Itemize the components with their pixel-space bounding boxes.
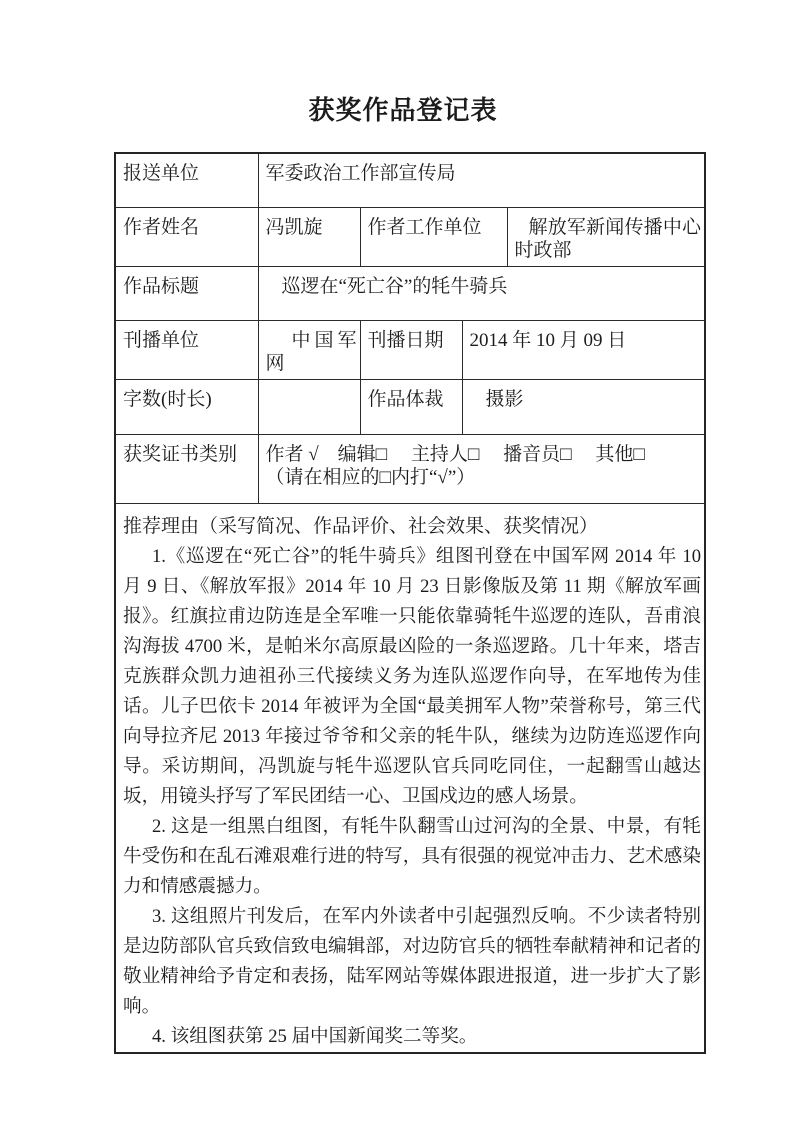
award-form-table: 报送单位 军委政治工作部宣传局 作者姓名 冯凯旋 作者工作单位 解放军新闻传播中…	[114, 152, 706, 1054]
certificate-row: 获奖证书类别 作者 √ 编辑□ 主持人□ 播音员□ 其他□ （请在相应的□内打“…	[115, 435, 705, 504]
recommendation-header: 推荐理由（采写简况、作品评价、社会效果、获奖情况）	[123, 512, 701, 542]
work-title-label: 作品标题	[115, 267, 258, 321]
genre-value: 摄影	[462, 380, 705, 435]
length-genre-row: 字数(时长) 作品体裁 摄影	[115, 380, 705, 435]
publish-unit-label: 刊播单位	[115, 321, 258, 380]
report-unit-row: 报送单位 军委政治工作部宣传局	[115, 153, 705, 208]
publish-date-label: 刊播日期	[360, 321, 462, 380]
genre-label: 作品体裁	[360, 380, 462, 435]
recommendation-paragraph-3: 3. 这组照片刊发后，在军内外读者中引起强烈反响。不少读者特别是边防部队官兵致信…	[123, 902, 701, 1022]
certificate-label: 获奖证书类别	[115, 435, 258, 504]
author-work-unit-value: 解放军新闻传播中心时政部	[507, 208, 705, 267]
work-title-value: 巡逻在“死亡谷”的牦牛骑兵	[258, 267, 705, 321]
author-row: 作者姓名 冯凯旋 作者工作单位 解放军新闻传播中心时政部	[115, 208, 705, 267]
publish-unit-value: 中国军网	[258, 321, 360, 380]
author-name-label: 作者姓名	[115, 208, 258, 267]
recommendation-paragraph-4: 4. 该组图获第 25 届中国新闻奖二等奖。	[123, 1022, 701, 1052]
author-work-unit-label: 作者工作单位	[360, 208, 507, 267]
recommendation-paragraph-1: 1.《巡逻在“死亡谷”的牦牛骑兵》组图刊登在中国军网 2014 年 10 月 9…	[123, 542, 701, 812]
recommendation-row: 推荐理由（采写简况、作品评价、社会效果、获奖情况） 1.《巡逻在“死亡谷”的牦牛…	[115, 504, 705, 1054]
recommendation-cell: 推荐理由（采写简况、作品评价、社会效果、获奖情况） 1.《巡逻在“死亡谷”的牦牛…	[115, 504, 705, 1054]
certificate-options-line: 作者 √ 编辑□ 主持人□ 播音员□ 其他□	[266, 443, 702, 466]
recommendation-paragraph-2: 2. 这是一组黑白组图，有牦牛队翻雪山过河沟的全景、中景，有牦牛受伤和在乱石滩艰…	[123, 812, 701, 902]
publish-row: 刊播单位 中国军网 刊播日期 2014 年 10 月 09 日	[115, 321, 705, 380]
length-label: 字数(时长)	[115, 380, 258, 435]
document-page: 获奖作品登记表 报送单位 军委政治工作部宣传局 作者姓名 冯凯旋 作者工作单位 …	[0, 0, 806, 1140]
certificate-value: 作者 √ 编辑□ 主持人□ 播音员□ 其他□ （请在相应的□内打“√”）	[258, 435, 705, 504]
certificate-note-line: （请在相应的□内打“√”）	[266, 466, 702, 489]
publish-date-value: 2014 年 10 月 09 日	[462, 321, 705, 380]
length-value	[258, 380, 360, 435]
work-title-row: 作品标题 巡逻在“死亡谷”的牦牛骑兵	[115, 267, 705, 321]
page-title: 获奖作品登记表	[0, 90, 806, 127]
author-name-value: 冯凯旋	[258, 208, 360, 267]
report-unit-value: 军委政治工作部宣传局	[258, 153, 705, 208]
report-unit-label: 报送单位	[115, 153, 258, 208]
